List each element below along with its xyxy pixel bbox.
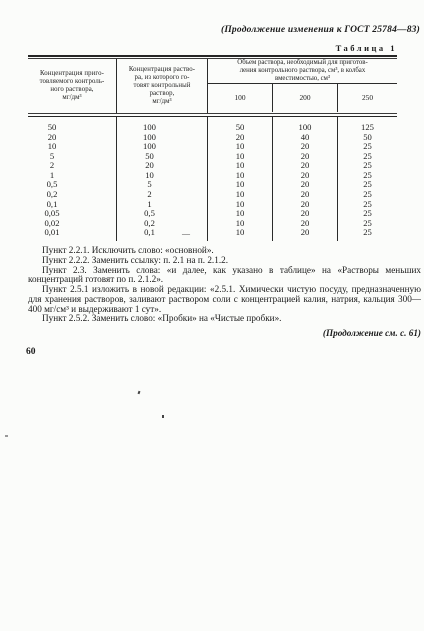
- continuation-header: (Продолжение изменения к ГОСТ 25784—83): [100, 25, 420, 35]
- table-column: 1255025252525252525252525: [338, 117, 397, 241]
- header-line: ного раствора,: [28, 86, 116, 94]
- table-column: 502010101010101010101010: [208, 117, 273, 241]
- table-cell: 0,1: [144, 228, 155, 238]
- table-cell: 10: [236, 228, 245, 238]
- scan-artifact-dash: —: [182, 229, 190, 238]
- table-cell: 25: [363, 228, 372, 238]
- amendment-text: Пункт 2.2.1. Исключить слово: «основной»…: [28, 246, 421, 339]
- scan-artifact-speck: [138, 391, 141, 395]
- header-line: ра, из которого го-: [117, 74, 207, 82]
- subcolumn-header: 200: [273, 84, 338, 112]
- column-group-volume: Объем раствора, необходимый для приготов…: [208, 59, 397, 113]
- table-body: 5020105210,50,20,10,050,020,011001001005…: [28, 117, 397, 241]
- header-line: Концентрация приго-: [28, 70, 116, 78]
- paragraph: Пункт 2.5.1 изложить в новой редакции: «…: [28, 285, 421, 314]
- paragraph: Пункт 2.5.2. Заменить слово: «Пробки» на…: [28, 314, 421, 324]
- column-header-source-concentration: Концентрация раство-ра, из которого го-т…: [117, 59, 208, 113]
- table-column: 1001001005020105210,50,20,1: [117, 117, 208, 241]
- header-line: ления контрольного раствора, см³, в колб…: [208, 67, 397, 75]
- scan-artifact-speck: [162, 415, 164, 418]
- table-column: 1004020202020202020202020: [273, 117, 338, 241]
- header-line: вместимостью, см³: [208, 75, 397, 83]
- scan-artifact-speck: [5, 435, 8, 437]
- page-number: 60: [26, 347, 36, 357]
- table-column: 5020105210,50,20,10,050,020,01: [28, 117, 117, 241]
- table-cell: 0,01: [44, 228, 59, 238]
- subcolumn-headers: 100200250: [208, 84, 397, 112]
- paragraph: Пункт 2.3. Заменить слова: «и далее, как…: [28, 266, 421, 286]
- header-line: мг/дм³: [117, 98, 207, 106]
- header-line: мг/дм³: [28, 94, 116, 102]
- continuation-footer: (Продолжение см. с. 61): [28, 329, 421, 339]
- subcolumn-header: 100: [208, 84, 273, 112]
- header-line: Концентрация раство-: [117, 66, 207, 74]
- header-line: Объем раствора, необходимый для приготов…: [208, 59, 397, 67]
- header-line: раствор,: [117, 90, 207, 98]
- table-header: Концентрация приго-товляемого контроль-н…: [28, 59, 397, 113]
- header-line: товят контрольный: [117, 82, 207, 90]
- data-table: Концентрация приго-товляемого контроль-н…: [28, 55, 397, 241]
- subcolumn-header: 250: [338, 84, 397, 112]
- column-group-volume-title: Объем раствора, необходимый для приготов…: [208, 59, 397, 84]
- column-header-prepared-concentration: Концентрация приго-товляемого контроль-н…: [28, 59, 117, 113]
- header-line: товляемого контроль-: [28, 78, 116, 86]
- table-cell: 20: [301, 228, 310, 238]
- table-caption: Таблица 1: [257, 43, 397, 53]
